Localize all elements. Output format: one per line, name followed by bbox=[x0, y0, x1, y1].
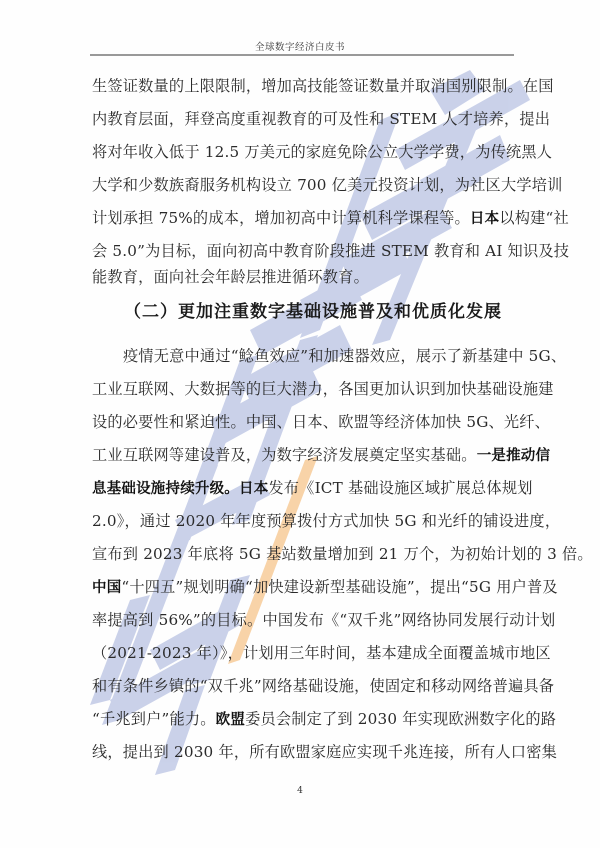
text-segment: 生签证数量的上限限制，增加高技能签证数量并取消国别限制。在国 bbox=[92, 77, 554, 95]
bold-lead-phrase: 一是推动信 bbox=[477, 448, 551, 464]
text-line: 会 5.0”为目标，面向初高中教育阶段推进 STEM 教育和 AI 知识及技 bbox=[92, 240, 510, 262]
text-line: 宣布到 2023 年底将 5G 基站数量增加到 21 万个，为初始计划的 3 倍… bbox=[92, 543, 510, 565]
bold-country-label: 欧盟 bbox=[216, 712, 245, 728]
bold-lead-phrase: 息基础设施持续升级。 bbox=[92, 481, 239, 497]
text-segment: “千兆到户”能力。 bbox=[92, 710, 216, 728]
text-line: 生签证数量的上限限制，增加高技能签证数量并取消国别限制。在国 bbox=[92, 75, 510, 97]
text-segment: 工业互联网、大数据等的巨大潜力，各国更加认识到加快基础设施建 bbox=[92, 380, 554, 398]
text-segment: 发布《ICT 基础设施区域扩展总体规划 bbox=[268, 479, 532, 497]
text-line: （2021-2023 年）》，计划用三年时间，基本建成全面覆盖城市地区 bbox=[92, 642, 510, 664]
text-segment: 宣布到 2023 年底将 5G 基站数量增加到 21 万个，为初始计划的 3 倍… bbox=[92, 545, 593, 563]
text-segment: 计划承担 75%的成本，增加初高中计算机科学课程等。 bbox=[92, 209, 470, 227]
text-segment: 会 5.0”为目标，面向初高中教育阶段推进 STEM 教育和 AI 知识及技 bbox=[92, 242, 569, 260]
text-segment: 能教育，面向社会年龄层推进循环教育。 bbox=[92, 268, 369, 286]
running-header-title: 全球数字经济白皮书 bbox=[0, 39, 600, 53]
text-line: 能教育，面向社会年龄层推进循环教育。 bbox=[92, 266, 510, 288]
text-line: 工业互联网等建设普及，为数字经济发展奠定坚实基础。一是推动信 bbox=[92, 444, 510, 466]
bold-country-label: 中国 bbox=[92, 580, 121, 596]
text-segment: 委员会制定了到 2030 年实现欧洲数字化的路 bbox=[245, 710, 556, 728]
text-segment: 将对年收入低于 12.5 万美元的家庭免除公立大学学费，为传统黑人 bbox=[92, 143, 552, 161]
text-segment: 大学和少数族裔服务机构设立 700 亿美元投资计划，为社区大学培训 bbox=[92, 176, 563, 194]
text-line: 内教育层面，拜登高度重视教育的可及性和 STEM 人才培养，提出 bbox=[92, 108, 510, 130]
text-line: 2.0》，通过 2020 年年度预算拨付方式加快 5G 和光纤的铺设进度， bbox=[92, 510, 510, 532]
text-segment: 内教育层面，拜登高度重视教育的可及性和 STEM 人才培养，提出 bbox=[92, 110, 550, 128]
text-line: 疫情无意中通过“鲶鱼效应”和加速器效应，展示了新基建中 5G、 bbox=[123, 345, 510, 367]
text-line: 息基础设施持续升级。日本发布《ICT 基础设施区域扩展总体规划 bbox=[92, 477, 510, 499]
text-line: 和有条件乡镇的“双千兆”网络基础设施，使固定和移动网络普遍具备 bbox=[92, 675, 510, 697]
text-segment: 设的必要性和紧迫性。中国、日本、欧盟等经济体加快 5G、光纤、 bbox=[92, 413, 550, 431]
section-heading: （二）更加注重数字基础设施普及和优质化发展 bbox=[124, 300, 502, 324]
text-segment: 疫情无意中通过“鲶鱼效应”和加速器效应，展示了新基建中 5G、 bbox=[123, 347, 566, 365]
text-segment: （2021-2023 年）》，计划用三年时间，基本建成全面覆盖城市地区 bbox=[92, 644, 551, 662]
text-line: 大学和少数族裔服务机构设立 700 亿美元投资计划，为社区大学培训 bbox=[92, 174, 510, 196]
text-line: 计划承担 75%的成本，增加初高中计算机科学课程等。日本以构建“社 bbox=[92, 207, 510, 229]
text-segment: 2.0》，通过 2020 年年度预算拨付方式加快 5G 和光纤的铺设进度， bbox=[92, 512, 560, 530]
text-line: 中国“十四五”规划明确“加快建设新型基础设施”，提出“5G 用户普及 bbox=[92, 576, 510, 598]
document-page: 全球数字经济白皮书 生签证数量的上限限制，增加高技能签证数量并取消国别限制。在国… bbox=[0, 0, 600, 848]
text-line: 设的必要性和紧迫性。中国、日本、欧盟等经济体加快 5G、光纤、 bbox=[92, 411, 510, 433]
text-segment: 以构建“社 bbox=[499, 209, 569, 227]
text-line: 工业互联网、大数据等的巨大潜力，各国更加认识到加快基础设施建 bbox=[92, 378, 510, 400]
page-number: 4 bbox=[0, 786, 600, 796]
text-segment: 率提高到 56%”的目标。中国发布《“双千兆”网络协同发展行动计划 bbox=[92, 611, 555, 629]
text-segment: “十四五”规划明确“加快建设新型基础设施”，提出“5G 用户普及 bbox=[121, 578, 557, 596]
bold-country-label: 日本 bbox=[239, 481, 268, 497]
header-divider bbox=[90, 54, 514, 56]
text-line: 率提高到 56%”的目标。中国发布《“双千兆”网络协同发展行动计划 bbox=[92, 609, 510, 631]
text-segment: 和有条件乡镇的“双千兆”网络基础设施，使固定和移动网络普遍具备 bbox=[92, 677, 554, 695]
text-segment: 工业互联网等建设普及，为数字经济发展奠定坚实基础。 bbox=[92, 446, 477, 464]
text-line bbox=[92, 745, 510, 767]
text-line: “千兆到户”能力。欧盟委员会制定了到 2030 年实现欧洲数字化的路 bbox=[92, 708, 510, 730]
bold-country-label: 日本 bbox=[470, 211, 499, 227]
text-line: 将对年收入低于 12.5 万美元的家庭免除公立大学学费，为传统黑人 bbox=[92, 141, 510, 163]
